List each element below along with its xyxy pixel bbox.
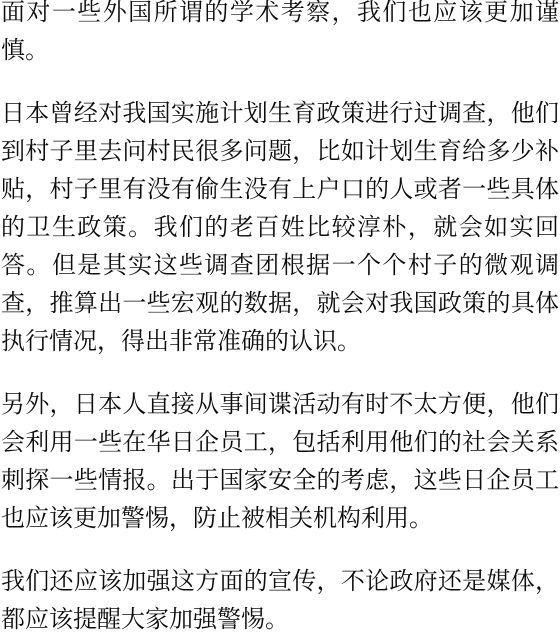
text-line: 都应该提醒大家加强警惕。	[1, 600, 559, 635]
paragraph: 我们还应该加强这方面的宣传，不论政府还是媒体， 都应该提醒大家加强警惕。	[1, 562, 559, 635]
article-body: 面对一些外国所谓的学术考察，我们也应该更加谨 慎。 日本曾经对我国实施计划生育政…	[0, 0, 560, 635]
text-line: 我们还应该加强这方面的宣传，不论政府还是媒体，	[1, 562, 559, 600]
text-line: 到村子里去问村民很多问题，比如计划生育给多少补	[1, 132, 559, 170]
text-line: 面对一些外国所谓的学术考察，我们也应该更加谨	[1, 0, 559, 31]
paragraph: 另外，日本人直接从事间谍活动有时不太方便，他们 会利用一些在华日企员工，包括利用…	[1, 385, 559, 537]
text-line: 也应该更加警惕，防止被相关机构利用。	[1, 499, 559, 537]
text-line: 贴，村子里有没有偷生没有上户口的人或者一些具体	[1, 170, 559, 208]
paragraph: 日本曾经对我国实施计划生育政策进行过调查，他们 到村子里去问村民很多问题，比如计…	[1, 94, 559, 360]
text-line: 会利用一些在华日企员工，包括利用他们的社会关系	[1, 423, 559, 461]
text-line: 慎。	[1, 31, 559, 69]
text-line: 另外，日本人直接从事间谍活动有时不太方便，他们	[1, 385, 559, 423]
text-line: 刺探一些情报。出于国家安全的考虑，这些日企员工	[1, 461, 559, 499]
text-line: 查，推算出一些宏观的数据，就会对我国政策的具体	[1, 284, 559, 322]
text-line: 答。但是其实这些调查团根据一个个村子的微观调	[1, 246, 559, 284]
paragraph: 面对一些外国所谓的学术考察，我们也应该更加谨 慎。	[1, 0, 559, 69]
text-line: 的卫生政策。我们的老百姓比较淳朴，就会如实回	[1, 208, 559, 246]
text-line: 执行情况，得出非常准确的认识。	[1, 322, 559, 360]
text-line: 日本曾经对我国实施计划生育政策进行过调查，他们	[1, 94, 559, 132]
